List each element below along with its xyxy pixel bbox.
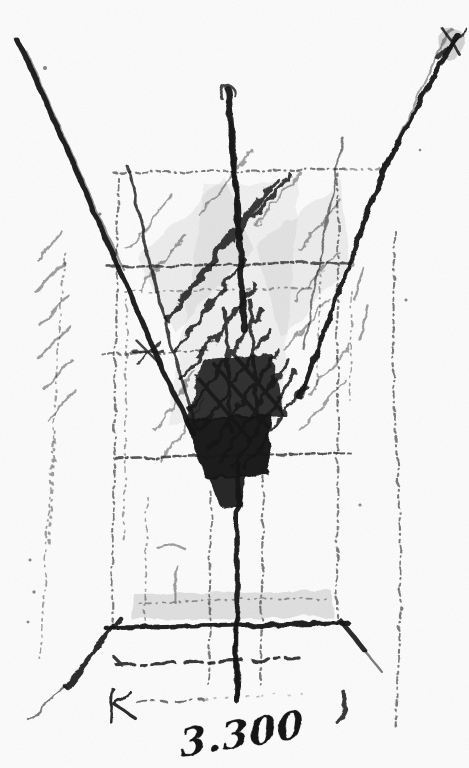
paper-grain-overlay xyxy=(0,0,469,768)
charcoal-sketch: 3.300 xyxy=(0,0,469,768)
sketch-page: 3.300 xyxy=(0,0,469,768)
